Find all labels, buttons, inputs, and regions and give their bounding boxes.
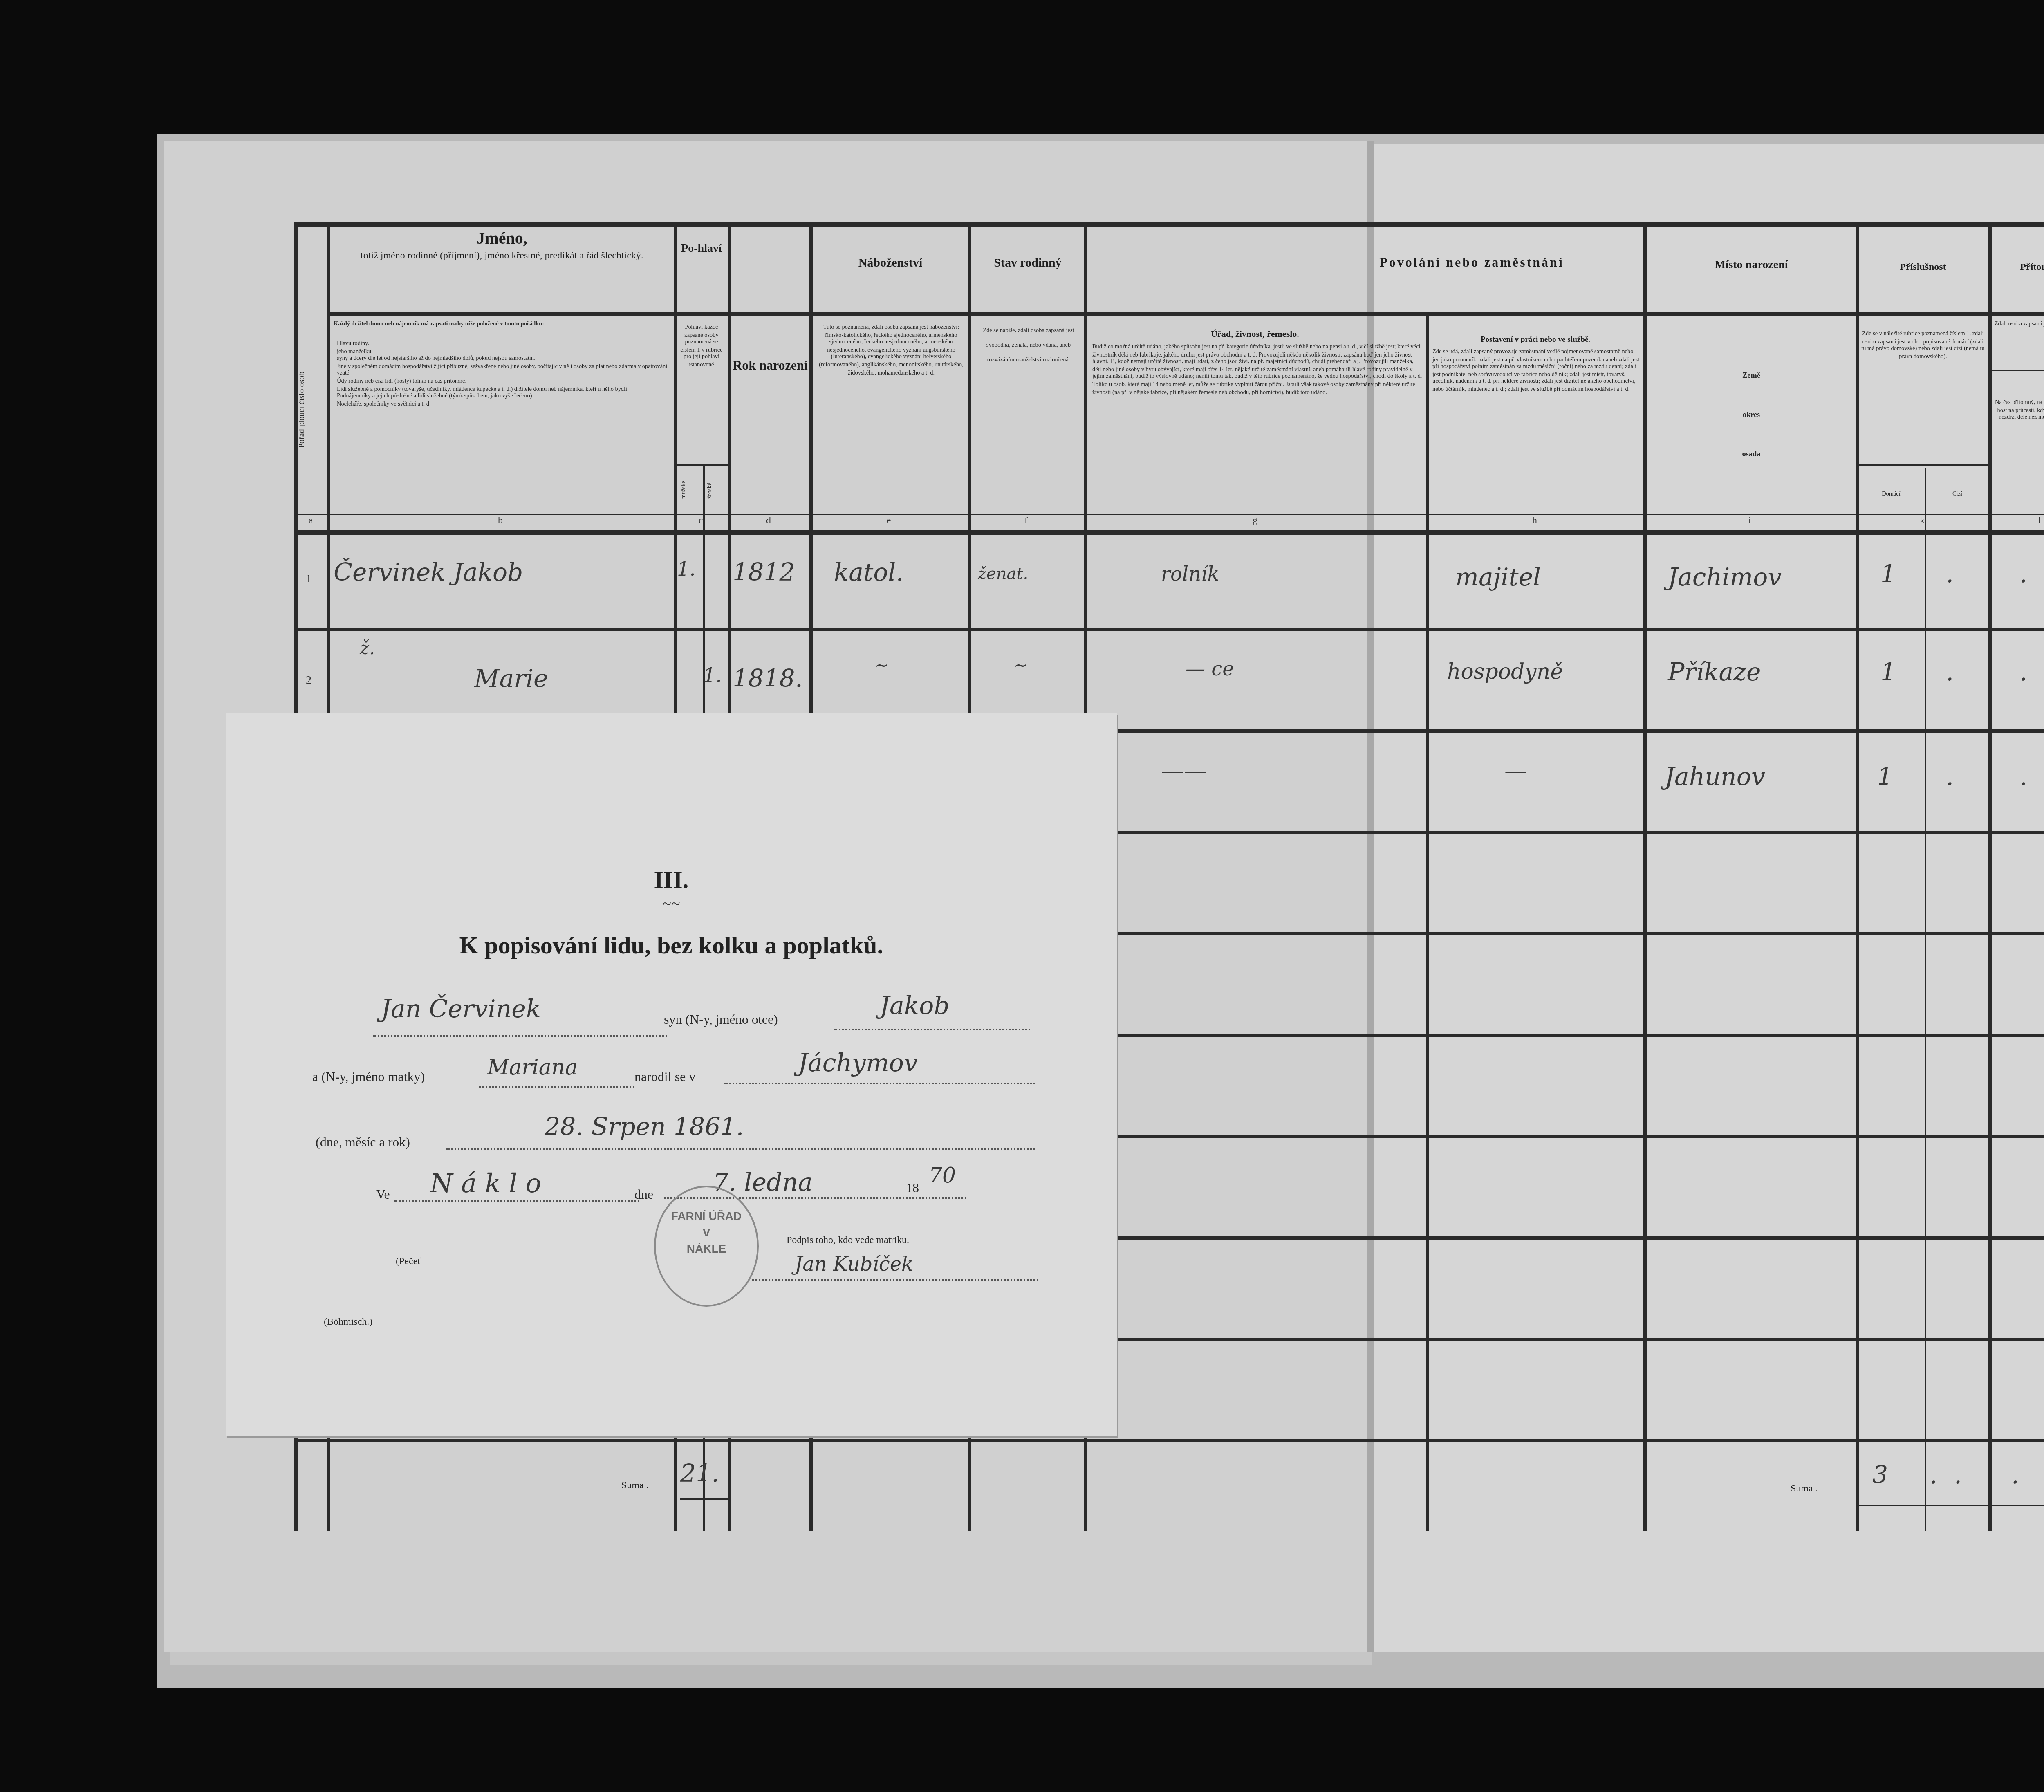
slip-birth-date: 28. Srpen 1861.: [545, 1112, 744, 1142]
slip-father-name: Jakob: [880, 991, 950, 1020]
slip-label-region: (Böhmisch.): [324, 1318, 372, 1328]
table-border-top: [294, 222, 2044, 227]
cell-occupation: rolník: [1161, 563, 1219, 585]
slip-child-name: Jan Červinek: [381, 994, 541, 1024]
cell-foreign: .: [1946, 559, 1954, 589]
header-b-instructions: Hlavu rodiny, jeho manželku, syny a dcer…: [337, 340, 670, 408]
header-b-intro: Každý držitel domu neb nájemník má zapsa…: [334, 321, 670, 328]
cell-position: hospodyně: [1447, 661, 1563, 685]
col-letter-c: c: [674, 517, 728, 527]
header-i-district: okres: [1647, 412, 1856, 419]
header-i-country: Země: [1647, 373, 1856, 380]
cell-domestic: 1: [1880, 657, 1896, 687]
header-c-male: mužské: [680, 471, 700, 510]
cell-marital-status: ~: [1014, 657, 1028, 675]
scan-stage: Pořád jdoucí číslo osob Jméno, totiž jmé…: [0, 0, 2044, 1792]
header-b-title: Jméno,: [330, 231, 674, 249]
total-sep: .: [1954, 1460, 1962, 1490]
col-letter-i: i: [1643, 517, 1856, 527]
left-total-sex: 21.: [680, 1459, 719, 1488]
slip-label-ve: Ve: [376, 1187, 390, 1202]
cell-sex-male: 1.: [677, 558, 696, 581]
slip-year-prefix: 18: [906, 1181, 919, 1195]
cell-religion: katol.: [834, 558, 904, 587]
slip-heading: K popisování lidu, bez kolku a poplatků.: [226, 934, 1117, 962]
cell-religion: ~: [875, 657, 889, 675]
header-i-birthplace: Místo narození: [1647, 258, 1856, 271]
slip-label-dne: dne: [634, 1187, 653, 1202]
cell-marital-status: ženat.: [978, 566, 1028, 584]
header-e-note: Tuto se poznamená, zdali osoba zapsaná j…: [818, 324, 965, 377]
slip-signature: Jan Kubíček: [795, 1253, 913, 1276]
header-i-village: osada: [1647, 451, 1856, 459]
col-letter-g: g: [1084, 517, 1426, 527]
slip-label-seal: (Pečeť: [396, 1258, 422, 1267]
total-temp-present: .: [2011, 1460, 2019, 1490]
cell-name: Červinek Jakob: [334, 558, 523, 587]
header-lm-note: Zdali osoba zapsaná jest přítomná neb ne…: [1993, 321, 2044, 336]
cell-birth-year: 1818.: [733, 664, 803, 693]
header-a-order-number: Pořád jdoucí číslo osob: [299, 321, 322, 500]
col-letter-a: a: [294, 517, 327, 527]
header-h-note: Zde se udá, zdali zapsaný provozuje zamě…: [1432, 348, 1640, 393]
header-b-subtitle: totiž jméno rodinné (příjmení), jméno kř…: [330, 250, 674, 263]
cell-occupation: ——: [1161, 759, 1207, 785]
slip-place-issued: Náklo: [430, 1168, 549, 1199]
slip-label-signature: Podpis toho, kdo vede matriku.: [787, 1236, 909, 1246]
cell-foreign: .: [1946, 657, 1954, 687]
slip-year-suffix: 70: [929, 1164, 956, 1189]
row-number: 2: [306, 674, 312, 687]
header-k-domestic: Domácí: [1858, 491, 1925, 498]
slip-label-son: syn (N-y, jméno otce): [664, 1012, 778, 1027]
cell-birthplace: Jachimov: [1668, 563, 1782, 592]
header-k-foreign: Cizí: [1926, 491, 1988, 498]
slip-label-born: narodil se v: [634, 1070, 695, 1084]
header-g-title: Úřad, živnost, řemeslo.: [1087, 330, 1423, 340]
slip-label-date: (dne, měsíc a rok): [316, 1135, 410, 1150]
right-total-label: Suma .: [1791, 1485, 1818, 1495]
cell-birthplace: Jahunov: [1665, 762, 1765, 792]
header-c-note: Pohlaví každé zapsané osoby poznamená se…: [677, 324, 726, 369]
cell-birth-year: 1812: [733, 558, 795, 587]
parish-stamp: FARNÍ ÚŘAD V NÁKLE: [654, 1186, 759, 1307]
left-total-label: Suma .: [621, 1482, 649, 1491]
header-l-present: Přítomný: [1990, 263, 2044, 273]
header-k-note: Zde se v náležité rubrice poznamená čísl…: [1861, 330, 1985, 361]
header-c-sex: Po-hlaví: [677, 242, 726, 257]
col-letter-d: d: [728, 517, 809, 527]
cell-occupation: — ce: [1186, 657, 1234, 680]
slip-birthplace: Jáchymov: [798, 1048, 918, 1078]
total-foreign: .: [1930, 1460, 1937, 1490]
cell-sex-female: 1.: [703, 664, 722, 687]
header-g-note: Budiž co možná určitě udáno, jakého spůs…: [1092, 343, 1423, 396]
header-k-domicile: Příslušnost: [1858, 263, 1988, 273]
header-f-marital-status: Stav rodinný: [971, 255, 1084, 270]
col-letter-l: l: [1988, 517, 2044, 527]
slip-ornament: ~~: [226, 896, 1117, 914]
header-c-female: ženské: [706, 471, 726, 510]
cell-temp-present: .: [2019, 559, 2027, 589]
birth-certificate-slip: III. ~~ K popisování lidu, bez kolku a p…: [226, 713, 1117, 1436]
slip-label-mother: a (N-y, jméno matky): [312, 1070, 425, 1084]
cell-domestic: 1: [1877, 762, 1893, 792]
slip-number: III.: [226, 868, 1117, 896]
cell-name: Marie: [474, 664, 548, 693]
header-d-birth-year: Rok narození: [731, 353, 809, 379]
total-domestic: 3: [1872, 1460, 1888, 1490]
header-l-temporary: Na čas přítomný, na př. co host na průce…: [1992, 399, 2044, 422]
col-letter-k: k: [1856, 517, 1988, 527]
col-letter-h: h: [1426, 517, 1643, 527]
row-number: 1: [306, 572, 312, 585]
col-letter-e: e: [809, 517, 968, 527]
cell-birthplace: Příkaze: [1668, 657, 1761, 687]
cell-foreign: .: [1946, 762, 1954, 792]
cell-position: majitel: [1455, 563, 1541, 592]
header-e-religion: Náboženství: [813, 255, 968, 270]
cell-position: —: [1504, 759, 1527, 785]
cell-domestic: 1: [1880, 559, 1896, 589]
slip-mother-name: Mariana: [487, 1056, 578, 1081]
cell-temp-present: .: [2019, 762, 2027, 792]
cell-name-prefix: ž.: [360, 638, 375, 659]
cell-temp-present: .: [2019, 657, 2027, 687]
col-letter-b: b: [327, 517, 674, 527]
header-h-title: Postavení v práci nebo ve službě.: [1429, 337, 1642, 345]
col-letter-f: f: [968, 517, 1084, 527]
header-f-note: Zde se napíše, zdali osoba zapsaná jest …: [976, 324, 1081, 368]
